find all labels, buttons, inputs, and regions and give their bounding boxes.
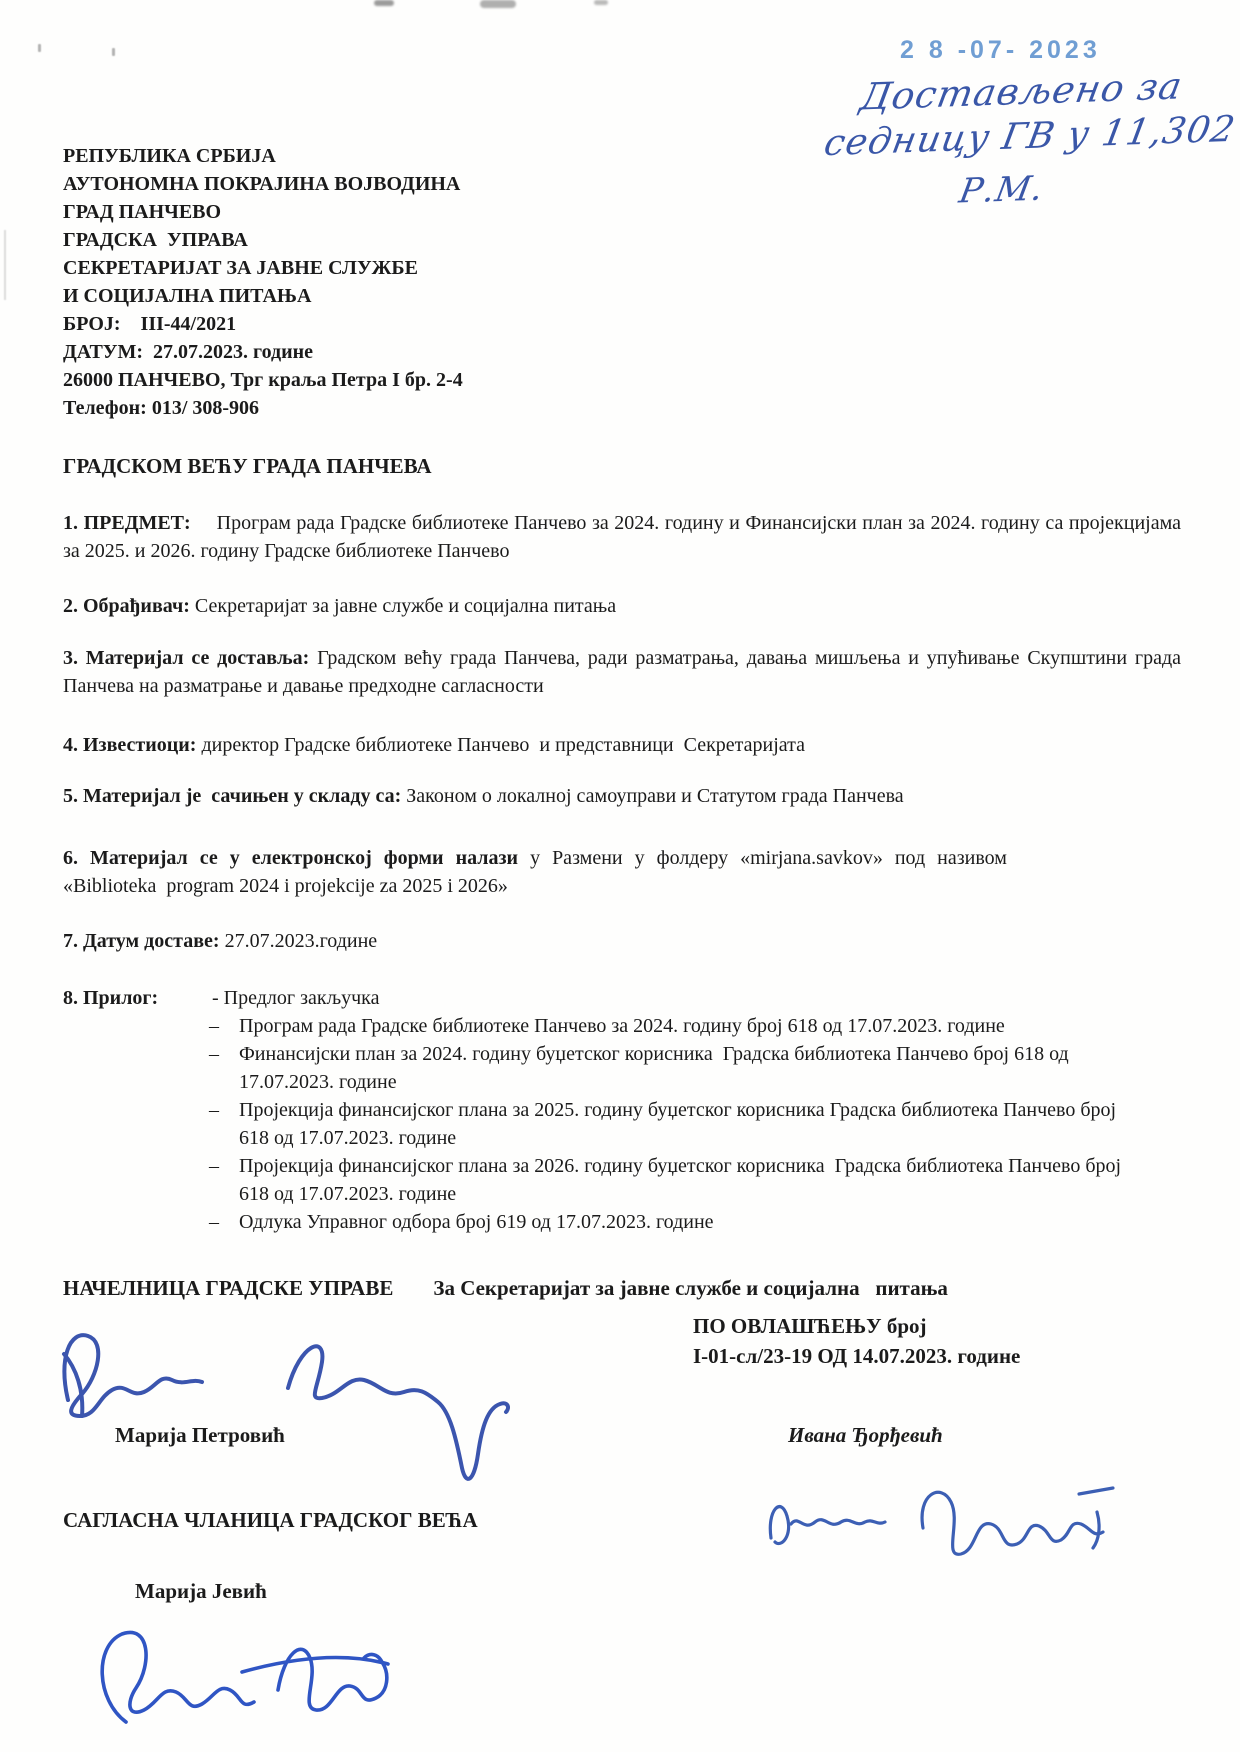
item-label: 5. Материјал је сачињен у складу са:: [63, 785, 401, 807]
dash-bullet: –: [209, 1096, 225, 1152]
signatory-name-left: Марија Петровић: [115, 1423, 285, 1447]
item-text: директор Градске библиотеке Панчево и пр…: [201, 734, 805, 756]
consent-member-title: САГЛАСНА ЧЛАНИЦА ГРАДСКОГ ВЕЋА: [63, 1506, 1181, 1534]
item-elektronska-forma: 6. Материјал се у електронској форми нал…: [63, 844, 1181, 900]
attachment-text: Пројекција финансијског плана за 2026. г…: [239, 1152, 1123, 1208]
item-label: 7. Датум доставе:: [63, 930, 220, 952]
item-text: у Размени у фолдеру «mirjana.savkov» под…: [530, 847, 1007, 869]
item-obradjivac: 2. Обрађивач: Секретаријат за јавне служ…: [63, 592, 1181, 620]
item-label: 3. Материјал се доставља:: [63, 647, 309, 669]
scan-artifact: [4, 230, 6, 300]
item-prilog: 8. Прилог:- Предлог закључка –Програм ра…: [63, 984, 1181, 1236]
scan-artifact: [480, 0, 516, 8]
item-line-2: «Biblioteka program 2024 i projekcije za…: [63, 872, 1181, 900]
item-label: 2. Обрађивач:: [63, 595, 190, 617]
letterhead-line: СЕКРЕТАРИЈАТ ЗА ЈАВНЕ СЛУЖБЕ: [63, 254, 1181, 282]
letterhead-date-line: ДАТУМ: 27.07.2023. године: [63, 338, 1181, 366]
letterhead: РЕПУБЛИКА СРБИЈА АУТОНОМНА ПОКРАЈИНА ВОЈ…: [63, 142, 1181, 422]
scan-artifact: [38, 44, 41, 52]
dash-bullet: –: [209, 1012, 225, 1040]
letterhead-line: РЕПУБЛИКА СРБИЈА: [63, 142, 1181, 170]
scan-artifact: [374, 0, 394, 6]
attachment-row: –Програм рада Градске библиотеке Панчево…: [209, 1012, 1181, 1040]
item-sacinjen-u-skladu: 5. Материјал је сачињен у складу са: Зак…: [63, 782, 1181, 810]
item-label: 1. ПРЕДМЕТ:: [63, 512, 191, 534]
prilog-head: 8. Прилог:- Предлог закључка: [63, 984, 1181, 1012]
document-body: РЕПУБЛИКА СРБИЈА АУТОНОМНА ПОКРАЈИНА ВОЈ…: [63, 142, 1181, 1605]
attachment-text: Програм рада Градске библиотеке Панчево …: [239, 1012, 1005, 1040]
item-text: 27.07.2023.године: [225, 930, 378, 952]
item-line-1: 6. Материјал се у електронској форми нал…: [63, 844, 1181, 872]
signatory-names-row: Марија Петровић Ивана Ђорђевић: [63, 1421, 1181, 1449]
letterhead-phone-line: Телефон: 013/ 308-906: [63, 394, 1181, 422]
signature-right-title: За Секретаријат за јавне службе и соција…: [433, 1274, 948, 1302]
signature-titles-row: НАЧЕЛНИЦА ГРАДСКЕ УПРАВЕ За Секретаријат…: [63, 1274, 1181, 1302]
letterhead-address-line: 26000 ПАНЧЕВО, Трг краља Петра I бр. 2-4: [63, 366, 1181, 394]
letterhead-line: И СОЦИЈАЛНА ПИТАЊА: [63, 282, 1181, 310]
attachment-row: –Одлука Управног одбора број 619 од 17.0…: [209, 1208, 1181, 1236]
item-text: Програм рада Градске библиотеке Панчево …: [63, 512, 1181, 562]
scan-artifact: [112, 48, 115, 56]
dash-bullet: –: [209, 1208, 225, 1236]
item-label: 6. Материјал се у електронској форми нал…: [63, 847, 518, 869]
item-label: 4. Известиоци:: [63, 734, 196, 756]
attachment-row: –Пројекција финансијског плана за 2026. …: [209, 1152, 1181, 1208]
signature-left-title: НАЧЕЛНИЦА ГРАДСКЕ УПРАВЕ: [63, 1274, 393, 1302]
consent-member-name: Марија Јевић: [135, 1577, 1181, 1605]
note-line-1: Достављено за: [857, 64, 1186, 118]
date-received-stamp: 2 8 -07- 2023: [900, 36, 1101, 65]
authorization-block: ПО ОВЛАШЋЕЊУ број I-01-сл/23-19 ОД 14.07…: [63, 1311, 1181, 1371]
item-predmet: 1. ПРЕДМЕТ:Програм рада Градске библиоте…: [63, 509, 1181, 565]
letterhead-number-line: БРОЈ: III-44/2021: [63, 310, 1181, 338]
signatory-name-right: Ивана Ђорђевић: [788, 1421, 943, 1449]
item-text: Секретаријат за јавне службе и социјална…: [195, 595, 616, 617]
authorization-line-2: I-01-сл/23-19 ОД 14.07.2023. године: [693, 1341, 1181, 1371]
attachment-row: –Финансијски план за 2024. годину буџетс…: [209, 1040, 1181, 1096]
scanned-document-page: 2 8 -07- 2023 Достављено за седницу ГВ у…: [0, 0, 1240, 1752]
authorization-line-1: ПО ОВЛАШЋЕЊУ број: [693, 1311, 1181, 1341]
attachment-text: Пројекција финансијског плана за 2025. г…: [239, 1096, 1123, 1152]
item-izvestioci: 4. Известиоци: директор Градске библиоте…: [63, 731, 1181, 759]
item-text: Законом о локалној самоуправи и Статутом…: [406, 785, 903, 807]
item-label: 8. Прилог:: [63, 984, 212, 1012]
item-datum-dostave: 7. Датум доставе: 27.07.2023.године: [63, 927, 1181, 955]
recipient-heading: ГРАДСКОМ ВЕЋУ ГРАДА ПАНЧЕВА: [63, 452, 1181, 480]
letterhead-line: ГРАДСКА УПРАВА: [63, 226, 1181, 254]
attachments-list: –Програм рада Градске библиотеке Панчево…: [63, 1012, 1181, 1236]
jevic-signature-ink: [92, 1624, 392, 1728]
attachment-text: Финансијски план за 2024. годину буџетск…: [239, 1040, 1123, 1096]
scan-artifact: [594, 0, 608, 5]
attachment-row: –Пројекција финансијског плана за 2025. …: [209, 1096, 1181, 1152]
dash-bullet: –: [209, 1152, 225, 1208]
attachment-text: Одлука Управног одбора број 619 од 17.07…: [239, 1208, 714, 1236]
letterhead-line: АУТОНОМНА ПОКРАЈИНА ВОЈВОДИНА: [63, 170, 1181, 198]
dash-bullet: –: [209, 1040, 225, 1096]
letterhead-line: ГРАД ПАНЧЕВО: [63, 198, 1181, 226]
prilog-first-attachment: - Предлог закључка: [212, 987, 379, 1009]
item-materijal-dostavlja: 3. Материјал се доставља: Градском већу …: [63, 644, 1181, 700]
